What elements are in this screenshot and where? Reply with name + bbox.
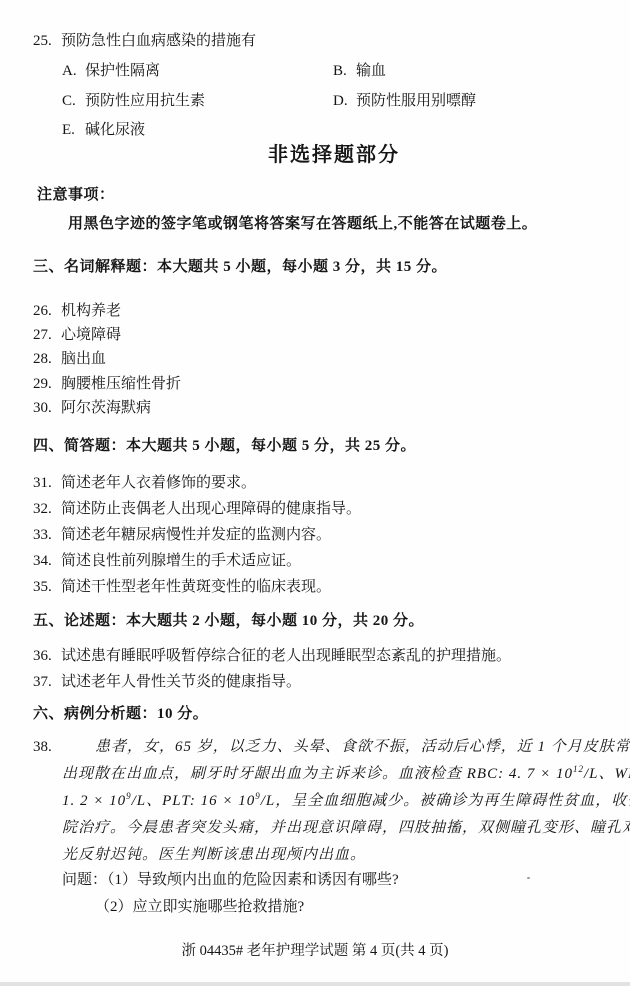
- item-27-number: 27.: [33, 324, 55, 346]
- notice-title: 注意事项：: [37, 184, 115, 206]
- notice-body: 用黑色字迹的签字笔或钢笔将答案写在答题纸上,不能答在试题卷上。: [68, 213, 537, 235]
- option-a-label: A.: [62, 60, 79, 82]
- item-28-number: 28.: [33, 348, 55, 370]
- item-30: 30.阿尔茨海默病: [33, 397, 151, 419]
- case-38-line-2-text: 出现散在出血点，刷牙时牙龈出血为主诉来诊。血液检查 RBC: 4. 7 × 10: [62, 766, 573, 782]
- item-27-text: 心境障碍: [61, 327, 121, 343]
- case-38-line-3: 1. 2 × 109/L、PLT: 16 × 109/L，呈全血细胞减少。被确诊…: [62, 790, 630, 812]
- item-27: 27.心境障碍: [33, 324, 121, 346]
- item-37: 37.试述老年人骨性关节炎的健康指导。: [33, 671, 301, 693]
- item-36-number: 36.: [33, 645, 55, 667]
- case-38-line-2: 出现散在出血点，刷牙时牙龈出血为主诉来诊。血液检查 RBC: 4. 7 × 10…: [62, 763, 630, 785]
- rbc-exponent: 12: [573, 764, 584, 774]
- part-heading: 非选择题部分: [0, 142, 630, 168]
- item-29-text: 胸腰椎压缩性骨折: [61, 376, 181, 392]
- scan-speck: [527, 877, 530, 879]
- item-37-number: 37.: [33, 671, 55, 693]
- item-32-text: 简述防止丧偶老人出现心理障碍的健康指导。: [61, 501, 361, 517]
- option-a: A.保护性隔离: [62, 60, 160, 82]
- case-38-line-3-text: 1. 2 × 10: [62, 793, 126, 809]
- section-4-title: 四、简答题：本大题共 5 小题，每小题 5 分，共 25 分。: [33, 435, 416, 457]
- item-33-number: 33.: [33, 524, 55, 546]
- item-34-number: 34.: [33, 550, 55, 572]
- item-36: 36.试述患有睡眠呼吸暂停综合征的老人出现睡眠型态紊乱的护理措施。: [33, 645, 511, 667]
- item-29-number: 29.: [33, 373, 55, 395]
- option-b: B.输血: [333, 60, 386, 82]
- option-a-text: 保护性隔离: [85, 63, 160, 79]
- item-30-text: 阿尔茨海默病: [61, 400, 151, 416]
- item-28-text: 脑出血: [61, 351, 106, 367]
- scan-edge-shadow: [0, 982, 630, 986]
- case-38-line-4: 院治疗。今晨患者突发头痛，并出现意识障碍，四肢抽搐，双侧瞳孔变形、瞳孔对: [62, 817, 630, 839]
- option-d-text: 预防性服用别嘌醇: [356, 93, 476, 109]
- option-c: C.预防性应用抗生素: [62, 90, 205, 112]
- case-38-line-5: 光反射迟钝。医生判断该患出现颅内出血。: [62, 844, 366, 866]
- item-26-number: 26.: [33, 300, 55, 322]
- question-25-text: 预防急性白血病感染的措施有: [61, 33, 256, 49]
- item-29: 29.胸腰椎压缩性骨折: [33, 373, 181, 395]
- item-36-text: 试述患有睡眠呼吸暂停综合征的老人出现睡眠型态紊乱的护理措施。: [61, 648, 511, 664]
- case-38-line-1: 患者，女，65 岁，以乏力、头晕、食欲不振，活动后心悸，近 1 个月皮肤常: [95, 736, 630, 758]
- case-38-line-3-tail: /L，呈全血细胞减少。被确诊为再生障碍性贫血，收住: [261, 793, 630, 809]
- case-38-question-1: 问题：（1）导致颅内出血的危险因素和诱因有哪些?: [62, 869, 399, 891]
- item-30-number: 30.: [33, 397, 55, 419]
- case-38-number: 38.: [33, 736, 52, 758]
- option-b-text: 输血: [356, 63, 386, 79]
- section-6-title: 六、病例分析题：10 分。: [33, 703, 208, 725]
- item-37-text: 试述老年人骨性关节炎的健康指导。: [61, 674, 301, 690]
- case-38-line-2-tail: /L、WBC:: [584, 766, 630, 782]
- item-33: 33.简述老年糖尿病慢性并发症的监测内容。: [33, 524, 331, 546]
- option-c-text: 预防性应用抗生素: [85, 93, 205, 109]
- item-35-number: 35.: [33, 576, 55, 598]
- item-26: 26.机构养老: [33, 300, 121, 322]
- question-25-number: 25.: [33, 30, 55, 52]
- item-31-number: 31.: [33, 472, 55, 494]
- item-32-number: 32.: [33, 498, 55, 520]
- case-38-line-3-mid: /L、PLT: 16 × 10: [132, 793, 256, 809]
- option-e-text: 碱化尿液: [85, 122, 145, 138]
- item-34: 34.简述良性前列腺增生的手术适应证。: [33, 550, 301, 572]
- item-34-text: 简述良性前列腺增生的手术适应证。: [61, 553, 301, 569]
- option-e-label: E.: [62, 119, 79, 141]
- item-35: 35.简述干性型老年性黄斑变性的临床表现。: [33, 576, 331, 598]
- option-d-label: D.: [333, 90, 350, 112]
- option-b-label: B.: [333, 60, 350, 82]
- item-33-text: 简述老年糖尿病慢性并发症的监测内容。: [61, 527, 331, 543]
- item-28: 28.脑出血: [33, 348, 106, 370]
- exam-paper-page: 25.预防急性白血病感染的措施有 A.保护性隔离 B.输血 C.预防性应用抗生素…: [0, 0, 630, 986]
- option-d: D.预防性服用别嘌醇: [333, 90, 476, 112]
- item-31-text: 简述老年人衣着修饰的要求。: [61, 475, 256, 491]
- item-32: 32.简述防止丧偶老人出现心理障碍的健康指导。: [33, 498, 361, 520]
- section-3-title: 三、名词解释题：本大题共 5 小题，每小题 3 分，共 15 分。: [33, 256, 447, 278]
- option-e: E.碱化尿液: [62, 119, 145, 141]
- option-c-label: C.: [62, 90, 79, 112]
- page-footer: 浙 04435# 老年护理学试题 第 4 页(共 4 页): [0, 940, 630, 962]
- item-35-text: 简述干性型老年性黄斑变性的临床表现。: [61, 579, 331, 595]
- case-38-question-2: （2）应立即实施哪些抢救措施?: [95, 896, 304, 918]
- item-26-text: 机构养老: [61, 303, 121, 319]
- section-5-title: 五、论述题：本大题共 2 小题，每小题 10 分，共 20 分。: [33, 610, 424, 632]
- question-25: 25.预防急性白血病感染的措施有: [33, 30, 256, 52]
- item-31: 31.简述老年人衣着修饰的要求。: [33, 472, 256, 494]
